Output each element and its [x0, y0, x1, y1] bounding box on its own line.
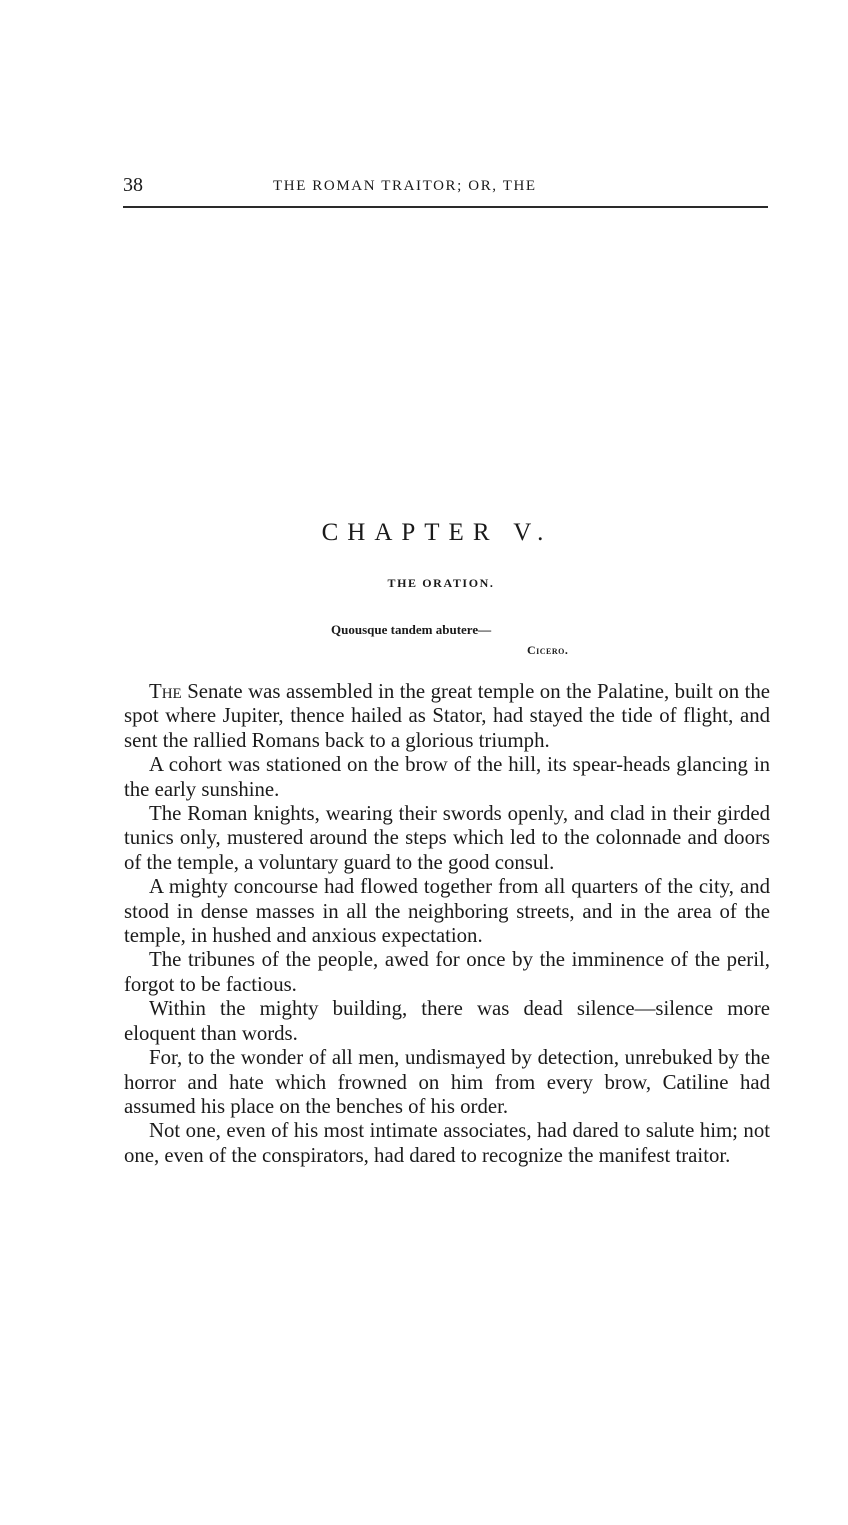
paragraph-text: Senate was assembled in the great temple… [124, 680, 770, 752]
paragraph-lead-word: The [149, 680, 182, 703]
page-header: 38 THE ROMAN TRAITOR; OR, THE [123, 173, 768, 203]
paragraph: For, to the wonder of all men, undismaye… [124, 1046, 770, 1119]
paragraph: The Senate was assembled in the great te… [124, 680, 770, 753]
paragraph: Within the mighty building, there was de… [124, 997, 770, 1046]
chapter-subtitle: THE ORATION. [0, 575, 848, 591]
header-rule [123, 206, 768, 208]
running-title: THE ROMAN TRAITOR; OR, THE [273, 175, 537, 197]
page-number: 38 [123, 173, 143, 197]
paragraph: Not one, even of his most intimate assoc… [124, 1119, 770, 1168]
paragraph: The Roman knights, wearing their swords … [124, 802, 770, 875]
paragraph: A cohort was stationed on the brow of th… [124, 753, 770, 802]
epigraph-quote: Quousque tandem abutere— [331, 622, 491, 638]
body-text: The Senate was assembled in the great te… [124, 680, 770, 1168]
chapter-title: CHAPTER V. [0, 518, 848, 548]
epigraph-attribution: Cicero. [527, 642, 568, 658]
paragraph: A mighty concourse had flowed together f… [124, 875, 770, 948]
paragraph: The tribunes of the people, awed for onc… [124, 948, 770, 997]
